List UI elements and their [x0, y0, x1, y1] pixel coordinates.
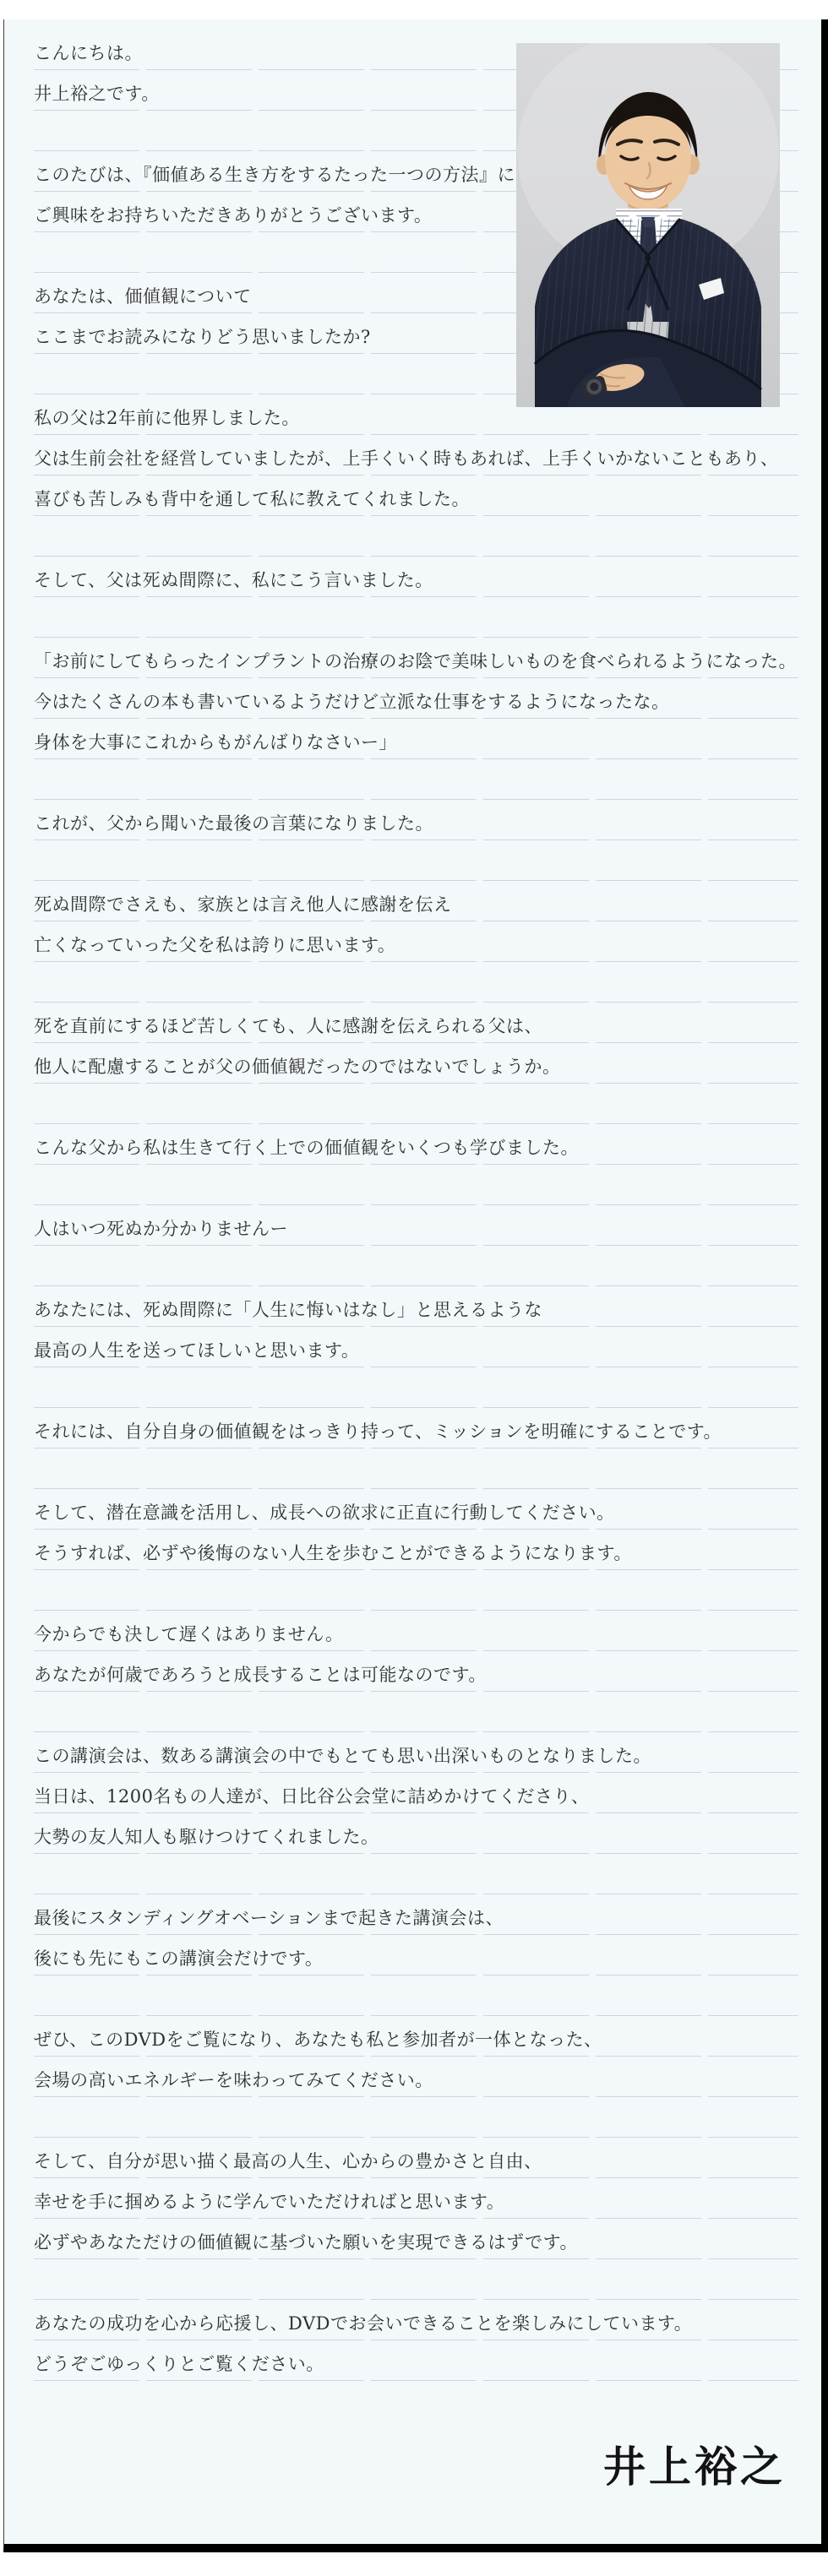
letter-line-text: 最後にスタンディングオベーションまで起きた講演会は、	[34, 1905, 504, 1930]
letter-line-text: この講演会は、数ある講演会の中でもとても思い出深いものとなりました。	[34, 1742, 651, 1768]
letter-line: 亡くなっていった父を私は誇りに思います。	[34, 921, 798, 962]
letter-line: あなたの成功を心から応援し、DVDでお会いできることを楽しみにしています。	[34, 2300, 798, 2340]
letter-line: 大勢の友人知人も駆けつけてくれました。	[34, 1813, 798, 1854]
letter-line-text: そして、潜在意識を活用し、成長への欲求に正直に行動してください。	[34, 1499, 615, 1524]
letter-line	[34, 759, 798, 800]
letter-line: 他人に配慮することが父の価値観だったのではないでしょうか。	[34, 1043, 798, 1084]
letter-line: あなたには、死ぬ間際に「人生に悔いはなし」と思えるような	[34, 1286, 798, 1327]
letter-line: 人はいつ死ぬか分かりませんー	[34, 1205, 798, 1246]
letter-line	[34, 2259, 798, 2300]
letter-line-text: 後にも先にもこの講演会だけです。	[34, 1945, 323, 1970]
letter-line-text: それには、自分自身の価値観をはっきり持って、ミッションを明確にすることです。	[34, 1418, 722, 1443]
letter-line: 父は生前会社を経営していましたが、上手くいく時もあれば、上手くいかないこともあり…	[34, 435, 798, 476]
letter-line	[34, 1367, 798, 1408]
letter-line: ぜひ、このDVDをご覧になり、あなたも私と参加者が一体となった、	[34, 2016, 798, 2057]
letter-line-text: 「お前にしてもらったインプラントの治療のお陰で美味しいものを食べられるようになっ…	[34, 648, 797, 673]
letter-line-text: 他人に配慮することが父の価値観だったのではないでしょうか。	[34, 1053, 561, 1079]
letter-line: そして、自分が思い描く最高の人生、心からの豊かさと自由、	[34, 2138, 798, 2178]
letter-line-text: 身体を大事にこれからもがんばりなさいー」	[34, 729, 397, 754]
letter-line-text: こんにちは。	[34, 40, 143, 65]
letter-line	[34, 1854, 798, 1894]
letter-line-text: 必ずやあなただけの価値観に基づいた願いを実現できるはずです。	[34, 2229, 578, 2254]
letter-line	[34, 597, 798, 638]
letter-line-text: 父は生前会社を経営していましたが、上手くいく時もあれば、上手くいかないこともあり…	[34, 445, 779, 470]
letter-line: 当日は、1200名もの人達が、日比谷公会堂に詰めかけてくださり、	[34, 1773, 798, 1813]
letter-line-text: 今からでも決して遅くはありません。	[34, 1621, 344, 1646]
letter-line: 会場の高いエネルギーを味わってみてください。	[34, 2057, 798, 2097]
letter-line	[34, 962, 798, 1003]
letter-line-text: ぜひ、このDVDをご覧になり、あなたも私と参加者が一体となった、	[34, 2026, 602, 2052]
letter-line: 今はたくさんの本も書いているようだけど立派な仕事をするようになったな。	[34, 678, 798, 719]
letter-line	[34, 516, 798, 557]
letter-line: こんな父から私は生きて行く上での価値観をいくつも学びました。	[34, 1124, 798, 1165]
letter-line: 今からでも決して遅くはありません。	[34, 1611, 798, 1651]
letter-line: 幸せを手に掴めるように学んでいただければと思います。	[34, 2178, 798, 2219]
letter-line-text: 喜びも苦しみも背中を通して私に教えてくれました。	[34, 486, 470, 511]
letter-line-text: あなたの成功を心から応援し、DVDでお会いできることを楽しみにしています。	[34, 2310, 692, 2335]
letter-line-text: こんな父から私は生きて行く上での価値観をいくつも学びました。	[34, 1134, 579, 1160]
letter-line: 「お前にしてもらったインプラントの治療のお陰で美味しいものを食べられるようになっ…	[34, 638, 798, 678]
letter-line-text: 幸せを手に掴めるように学んでいただければと思います。	[34, 2188, 504, 2214]
letter-line: 死ぬ間際でさえも、家族とは言え他人に感謝を伝え	[34, 881, 798, 921]
letter-line-text: ご興味をお持ちいただきありがとうございます。	[34, 202, 432, 227]
letter-line-text: 死ぬ間際でさえも、家族とは言え他人に感謝を伝え	[34, 891, 452, 916]
letter-line: 喜びも苦しみも背中を通して私に教えてくれました。	[34, 476, 798, 516]
letter-line-text: 人はいつ死ぬか分かりませんー	[34, 1215, 288, 1241]
letter-line-text: 今はたくさんの本も書いているようだけど立派な仕事をするようになったな。	[34, 688, 670, 714]
letter-line-text: 井上裕之です。	[34, 80, 160, 106]
letter-line: 身体を大事にこれからもがんばりなさいー」	[34, 719, 798, 759]
letter-line-text: 大勢の友人知人も駆けつけてくれました。	[34, 1823, 379, 1849]
letter-line-text: 当日は、1200名もの人達が、日比谷公会堂に詰めかけてくださり、	[34, 1783, 589, 1808]
letter-line-text: 会場の高いエネルギーを味わってみてください。	[34, 2067, 433, 2092]
letter-line	[34, 1448, 798, 1489]
letter-line: あなたが何歳であろうと成長することは可能なのです。	[34, 1651, 798, 1692]
letter-line	[34, 1975, 798, 2016]
letter-line: 最後にスタンディングオベーションまで起きた講演会は、	[34, 1894, 798, 1935]
letter-line-text: これが、父から聞いた最後の言葉になりました。	[34, 810, 433, 835]
letter-line: 必ずやあなただけの価値観に基づいた願いを実現できるはずです。	[34, 2219, 798, 2259]
letter-line-text: あなたは、価値観について	[34, 283, 252, 308]
signature: 井上裕之	[603, 2433, 786, 2494]
letter-line	[34, 1084, 798, 1124]
letter-line-text: あなたには、死ぬ間際に「人生に悔いはなし」と思えるような	[34, 1296, 542, 1322]
portrait-photo	[516, 43, 780, 407]
letter-line-text: どうぞごゆっくりとご覧ください。	[34, 2350, 324, 2376]
letter-line	[34, 1246, 798, 1286]
letter-line-text: そして、自分が思い描く最高の人生、心からの豊かさと自由、	[34, 2148, 542, 2173]
letter-line-text: そして、父は死ぬ間際に、私にこう言いました。	[34, 567, 433, 592]
letter-line-text: このたびは、『価値ある生き方をするたった一つの方法』に	[34, 161, 515, 187]
letter-line: これが、父から聞いた最後の言葉になりました。	[34, 800, 798, 840]
letter-line-text: そうすれば、必ずや後悔のない人生を歩むことができるようになります。	[34, 1540, 632, 1565]
letter-line: それには、自分自身の価値観をはっきり持って、ミッションを明確にすることです。	[34, 1408, 798, 1448]
letter-line-text: 死を直前にするほど苦しくても、人に感謝を伝えられる父は、	[34, 1013, 542, 1038]
letter-line-text: 最高の人生を送ってほしいと思います。	[34, 1337, 359, 1362]
letter-line-text: 亡くなっていった父を私は誇りに思います。	[34, 932, 395, 957]
letter-line: そして、潜在意識を活用し、成長への欲求に正直に行動してください。	[34, 1489, 798, 1530]
letter-line: 死を直前にするほど苦しくても、人に感謝を伝えられる父は、	[34, 1003, 798, 1043]
letter-line: そうすれば、必ずや後悔のない人生を歩むことができるようになります。	[34, 1530, 798, 1570]
letter-line: 最高の人生を送ってほしいと思います。	[34, 1327, 798, 1367]
letter-page: こんにちは。井上裕之です。このたびは、『価値ある生き方をするたった一つの方法』に…	[3, 19, 828, 2552]
letter-line	[34, 1692, 798, 1732]
letter-line: どうぞごゆっくりとご覧ください。	[34, 2340, 798, 2381]
letter-line	[34, 1165, 798, 1205]
letter-line-text: 私の父は2年前に他界しました。	[34, 405, 300, 430]
letter-line	[34, 840, 798, 881]
letter-line	[34, 1570, 798, 1611]
portrait-photo-graphic	[516, 43, 780, 407]
letter-line: 後にも先にもこの講演会だけです。	[34, 1935, 798, 1975]
letter-line: この講演会は、数ある講演会の中でもとても思い出深いものとなりました。	[34, 1732, 798, 1773]
letter-line-text: あなたが何歳であろうと成長することは可能なのです。	[34, 1661, 487, 1687]
letter-line	[34, 2097, 798, 2138]
letter-line: そして、父は死ぬ間際に、私にこう言いました。	[34, 557, 798, 597]
letter-line-text: ここまでお読みになりどう思いましたか?	[34, 323, 371, 349]
